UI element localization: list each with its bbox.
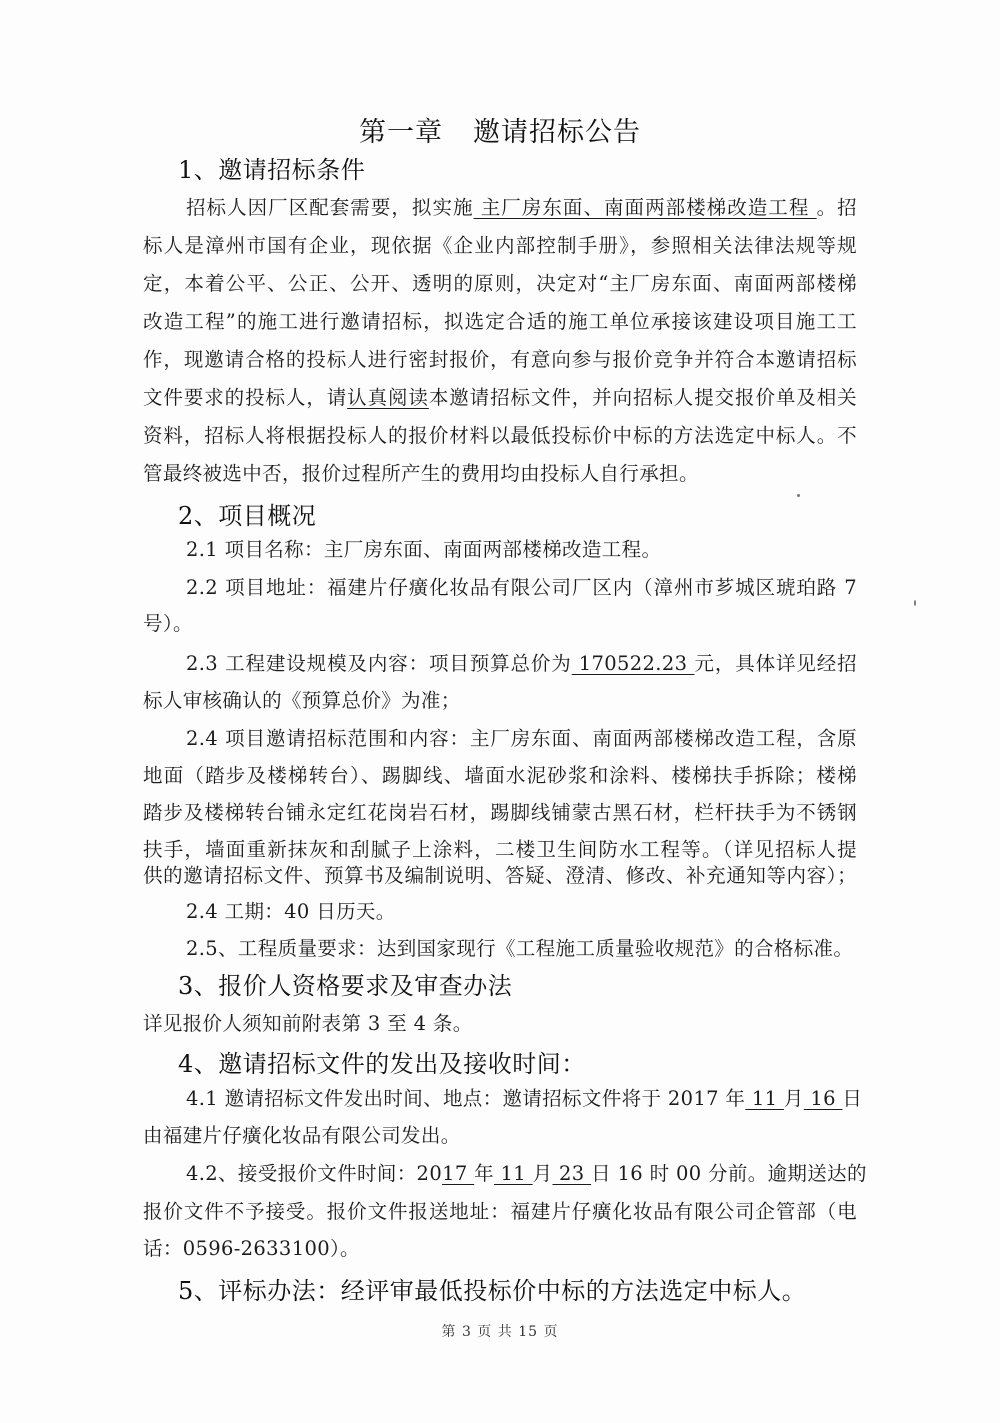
- read-carefully-underlined: 认真阅读: [347, 386, 429, 409]
- section-3-text: 详见报价人须知前附表第 3 至 4 条。: [143, 1010, 857, 1038]
- item-4-2: 4.2、接受报价文件时间：2017 年 11 月 23 日 16 时 00 分前…: [186, 1160, 857, 1188]
- deadline-year-underlined: 17: [442, 1162, 474, 1185]
- item-2-5: 2.5、工程质量要求：达到国家现行《工程施工质量验收规范》的合格标准。: [186, 935, 857, 963]
- item-2-4-cont: 供的邀请招标文件、预算书及编制说明、答疑、澄清、修改、补充通知等内容）；: [143, 862, 857, 890]
- item-4-1-cont: 由福建片仔癀化妆品有限公司发出。: [143, 1122, 857, 1150]
- section-2-heading: 2、项目概况: [178, 496, 316, 531]
- paragraph-line: 管最终被选中否，报价过程所产生的费用均由投标人自行承担。: [143, 460, 857, 488]
- item-2-4-duration: 2.4 工期：40 日历天。: [186, 898, 857, 926]
- budget-amount-underlined: 170522.23: [572, 652, 695, 675]
- paragraph-line: 作，现邀请合格的投标人进行密封报价，有意向参与报价竞争并符合本邀请招标: [143, 346, 857, 374]
- item-2-4: 2.4 项目邀请招标范围和内容：主厂房东面、南面两部楼梯改造工程，含原: [186, 725, 857, 753]
- section-3-heading: 3、报价人资格要求及审查办法: [178, 966, 512, 1001]
- item-4-2-cont: 报价文件不予接受。报价文件报送地址：福建片仔癀化妆品有限公司企管部（电: [143, 1198, 857, 1226]
- item-2-3: 2.3 工程建设规模及内容：项目预算总价为 170522.23 元，具体详见经招: [186, 650, 857, 678]
- issue-month-underlined: 11: [745, 1087, 784, 1110]
- scan-speck: [914, 600, 916, 606]
- item-4-2-phone: 话：0596-2633100）。: [143, 1235, 857, 1263]
- item-4-1: 4.1 邀请招标文件发出时间、地点：邀请招标文件将于 2017 年 11 月 1…: [186, 1085, 857, 1113]
- item-2-1: 2.1 项目名称：主厂房东面、南面两部楼梯改造工程。: [186, 536, 857, 564]
- section-4-heading: 4、邀请招标文件的发出及接收时间：: [178, 1044, 586, 1079]
- chapter-number: 第一章: [359, 117, 443, 148]
- item-2-4-cont: 踏步及楼梯转台铺永定红花岗岩石材，踢脚线铺蒙古黑石材，栏杆扶手为不锈钢: [143, 799, 857, 827]
- issue-day-underlined: 16: [804, 1087, 843, 1110]
- paragraph-line: 标人是漳州市国有企业，现依据《企业内部控制手册》，参照相关法律法规等规: [143, 232, 857, 260]
- scan-speck: [797, 494, 800, 497]
- paragraph-line: 改造工程”的施工进行邀请招标，拟选定合适的施工单位承接该建设项目施工工: [143, 308, 857, 336]
- section-1-heading: 1、邀请招标条件: [178, 150, 365, 185]
- deadline-day-underlined: 23: [552, 1162, 591, 1185]
- paragraph-line: 定，本着公平、公正、公开、透明的原则，决定对“主厂房东面、南面两部楼梯: [143, 270, 857, 298]
- item-2-3-cont: 标人审核确认的《预算总价》为准；: [143, 687, 857, 715]
- paragraph-line: 资料，招标人将根据投标人的报价材料以最低投标价中标的方法选定中标人。不: [143, 422, 857, 450]
- item-2-4-cont: 地面（踏步及楼梯转台）、踢脚线、墙面水泥砂浆和涂料、楼梯扶手拆除；楼梯: [143, 762, 857, 790]
- paragraph-line: 招标人因厂区配套需要，拟实施 主厂房东面、南面两部楼梯改造工程 。招: [186, 194, 857, 222]
- paragraph-line: 文件要求的投标人，请认真阅读本邀请招标文件，并向招标人提交报价单及相关: [143, 384, 857, 412]
- section-5-heading: 5、评标办法：经评审最低投标价中标的方法选定中标人。: [178, 1271, 806, 1306]
- item-2-4-cont: 扶手，墙面重新抹灰和刮腻子上涂料，二楼卫生间防水工程等。（详见招标人提: [143, 836, 857, 864]
- page-number-footer: 第 3 页 共 15 页: [0, 1321, 1000, 1341]
- item-2-2: 2.2 项目地址：福建片仔癀化妆品有限公司厂区内（漳州市芗城区琥珀路 7: [186, 574, 857, 602]
- project-name-underlined: 主厂房东面、南面两部楼梯改造工程: [474, 196, 817, 219]
- document-page: 第一章邀请招标公告 1、邀请招标条件 招标人因厂区配套需要，拟实施 主厂房东面、…: [0, 0, 1000, 1423]
- chapter-name: 邀请招标公告: [473, 117, 641, 148]
- item-2-2-cont: 号）。: [143, 610, 857, 638]
- chapter-title: 第一章邀请招标公告: [0, 110, 1000, 149]
- deadline-month-underlined: 11: [494, 1162, 533, 1185]
